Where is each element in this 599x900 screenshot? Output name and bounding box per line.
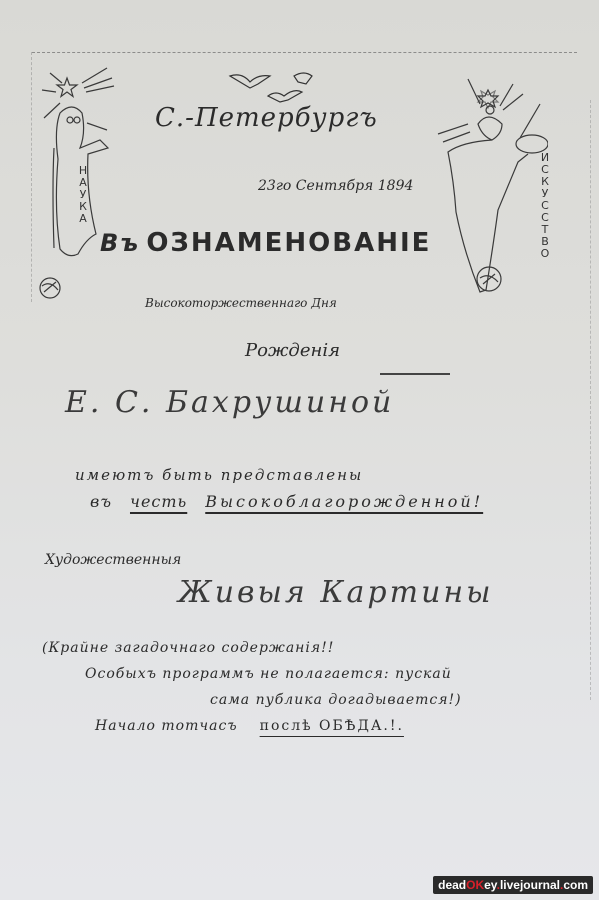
scanned-document: Н А У К А И С К У С С Т В О <box>0 0 599 900</box>
in-honor-line: въчестьВысокоблагорожденной! <box>90 492 483 511</box>
commemoration-lead: Въ <box>100 229 140 257</box>
artistic-label: Художественныя <box>45 552 181 568</box>
note-audience-guess: сама публика догадывается!) <box>210 692 462 708</box>
commemoration-title: ОЗНАМЕНОВАНІЕ <box>146 228 431 258</box>
birth-label: Рожденія <box>245 340 340 361</box>
honor-word: честь <box>130 492 187 511</box>
watermark-link[interactable]: deadOKey.livejournal.com <box>433 876 593 894</box>
note-mysterious-content: (Крайне загадочнаго содержанія!! <box>42 640 334 656</box>
note-start-time: Начало тотчасъпослѣ ОБѢДА.!. <box>95 718 404 734</box>
page-frame-top <box>32 52 577 53</box>
page-frame-right <box>590 100 591 700</box>
honoree-name: Е. С. Бахрушиной <box>65 385 394 420</box>
science-label: Н А У К А <box>78 165 88 225</box>
in-honor-prefix: въ <box>90 492 112 511</box>
art-allegory-figure-icon <box>428 74 548 304</box>
note-no-programs: Особыхъ программъ не полагается: пускай <box>85 666 452 682</box>
after-dinner: послѣ ОБѢДА.!. <box>260 718 404 734</box>
city-greeting: С.-Петербургъ <box>155 103 378 133</box>
star-icon <box>478 90 498 108</box>
honorific: Высокоблагорожденной! <box>205 492 483 511</box>
flourish-dash <box>380 373 450 375</box>
art-label: И С К У С С Т В О <box>540 152 550 260</box>
commemoration-heading: ВъОЗНАМЕНОВАНІЕ <box>100 228 431 258</box>
most-solemn-day: Высокоторжественнаго Дня <box>145 296 337 310</box>
will-be-presented: имеютъ быть представлены <box>75 466 363 484</box>
date: 23го Сентября 1894 <box>258 178 413 194</box>
start-prefix: Начало тотчасъ <box>95 718 238 734</box>
living-pictures-title: Живыя Картины <box>178 575 494 610</box>
